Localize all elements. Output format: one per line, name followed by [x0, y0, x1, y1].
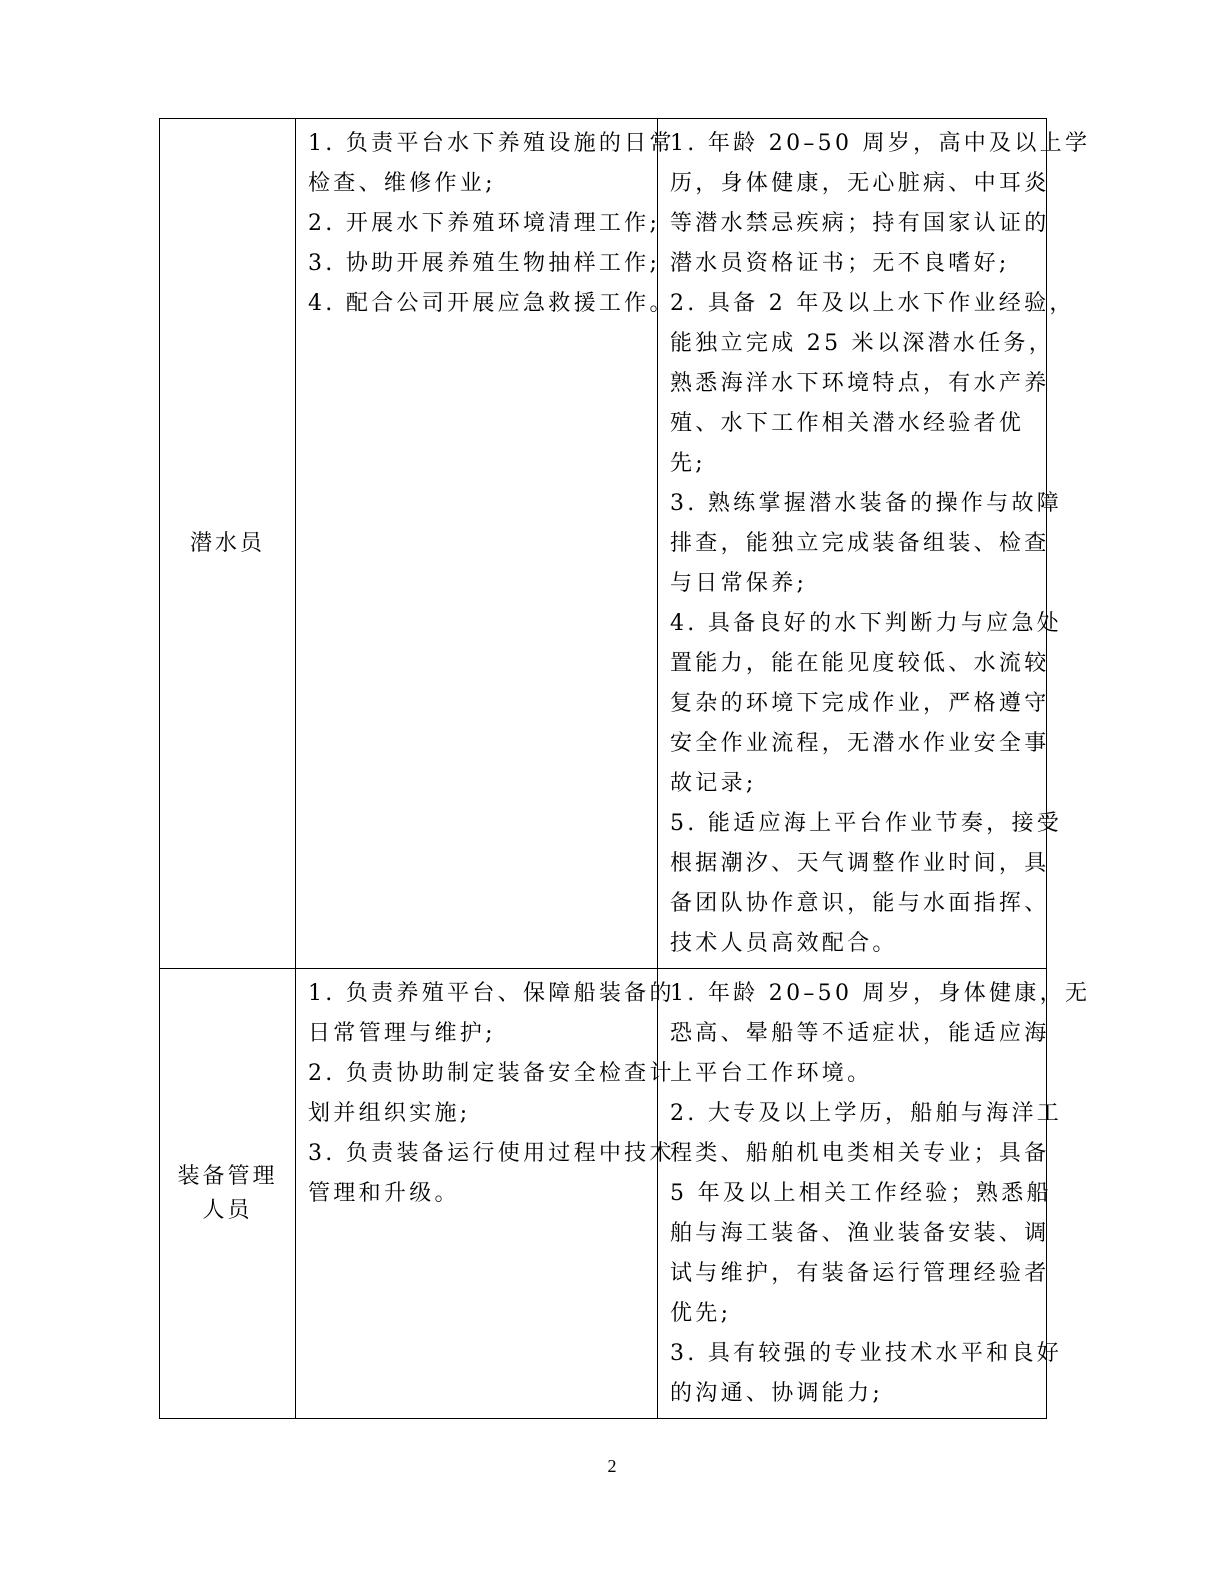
requirement-line: 3. 熟练掌握潜水装备的操作与故障	[670, 484, 1036, 524]
requirements-cell: 1. 年龄 20–50 周岁，高中及以上学 历，身体健康，无心脏病、中耳炎 等潜…	[658, 119, 1047, 969]
requirement-line: 恐高、晕船等不适症状，能适应海	[670, 1014, 1036, 1054]
duty-line: 3. 负责装备运行使用过程中技术	[308, 1134, 647, 1174]
duty-line: 1. 负责平台水下养殖设施的日常	[308, 124, 647, 164]
requirement-line: 复杂的环境下完成作业，严格遵守	[670, 684, 1036, 724]
requirement-line: 备团队协作意识，能与水面指挥、	[670, 884, 1036, 924]
requirement-line: 先;	[670, 444, 1036, 484]
requirement-line: 技术人员高效配合。	[670, 924, 1036, 964]
duty-line: 4. 配合公司开展应急救援工作。	[308, 284, 647, 324]
requirement-line: 殖、水下工作相关潜水经验者优	[670, 404, 1036, 444]
table-row-diver: 潜水员 1. 负责平台水下养殖设施的日常 检查、维修作业; 2. 开展水下养殖环…	[160, 119, 1047, 969]
requirement-line: 置能力，能在能见度较低、水流较	[670, 644, 1036, 684]
duty-line: 2. 负责协助制定装备安全检查计	[308, 1054, 647, 1094]
requirement-line: 潜水员资格证书；无不良嗜好;	[670, 244, 1036, 284]
role-cell: 装备管理 人员	[160, 969, 296, 1419]
duty-line: 检查、维修作业;	[308, 164, 647, 204]
duty-line: 1. 负责养殖平台、保障船装备的	[308, 974, 647, 1014]
requirement-line: 2. 大专及以上学历，船舶与海洋工	[670, 1094, 1036, 1134]
page-number: 2	[0, 1456, 1224, 1477]
requirement-line: 上平台工作环境。	[670, 1054, 1036, 1094]
requirement-line: 熟悉海洋水下环境特点，有水产养	[670, 364, 1036, 404]
duty-line: 日常管理与维护;	[308, 1014, 647, 1054]
duty-line: 2. 开展水下养殖环境清理工作;	[308, 204, 647, 244]
requirement-line: 排查，能独立完成装备组装、检查	[670, 524, 1036, 564]
requirement-line: 与日常保养;	[670, 564, 1036, 604]
requirement-line: 2. 具备 2 年及以上水下作业经验，	[670, 284, 1036, 324]
role-name: 潜水员	[160, 527, 295, 561]
duty-line: 3. 协助开展养殖生物抽样工作;	[308, 244, 647, 284]
role-cell: 潜水员	[160, 119, 296, 969]
duties-cell: 1. 负责平台水下养殖设施的日常 检查、维修作业; 2. 开展水下养殖环境清理工…	[296, 119, 658, 969]
requirement-line: 安全作业流程，无潜水作业安全事	[670, 724, 1036, 764]
requirement-line: 4. 具备良好的水下判断力与应急处	[670, 604, 1036, 644]
requirement-line: 1. 年龄 20–50 周岁，身体健康，无	[670, 974, 1036, 1014]
requirement-line: 程类、船舶机电类相关专业；具备	[670, 1134, 1036, 1174]
requirement-line: 5. 能适应海上平台作业节奏，接受	[670, 804, 1036, 844]
duty-line: 划并组织实施;	[308, 1094, 647, 1134]
duties-cell: 1. 负责养殖平台、保障船装备的 日常管理与维护; 2. 负责协助制定装备安全检…	[296, 969, 658, 1419]
requirement-line: 根据潮汐、天气调整作业时间，具	[670, 844, 1036, 884]
requirement-line: 试与维护，有装备运行管理经验者	[670, 1254, 1036, 1294]
requirement-line: 能独立完成 25 米以深潜水任务，	[670, 324, 1036, 364]
requirement-line: 历，身体健康，无心脏病、中耳炎	[670, 164, 1036, 204]
requirement-line: 优先;	[670, 1294, 1036, 1334]
job-requirements-table: 潜水员 1. 负责平台水下养殖设施的日常 检查、维修作业; 2. 开展水下养殖环…	[159, 118, 1047, 1419]
document-page: 潜水员 1. 负责平台水下养殖设施的日常 检查、维修作业; 2. 开展水下养殖环…	[0, 0, 1224, 1584]
requirement-line: 故记录;	[670, 764, 1036, 804]
requirement-line: 舶与海工装备、渔业装备安装、调	[670, 1214, 1036, 1254]
requirement-line: 等潜水禁忌疾病；持有国家认证的	[670, 204, 1036, 244]
requirement-line: 5 年及以上相关工作经验；熟悉船	[670, 1174, 1036, 1214]
role-name-line: 人员	[160, 1194, 295, 1228]
requirement-line: 1. 年龄 20–50 周岁，高中及以上学	[670, 124, 1036, 164]
role-name-line: 装备管理	[160, 1160, 295, 1194]
requirement-line: 3. 具有较强的专业技术水平和良好	[670, 1334, 1036, 1374]
requirements-cell: 1. 年龄 20–50 周岁，身体健康，无 恐高、晕船等不适症状，能适应海 上平…	[658, 969, 1047, 1419]
duty-line: 管理和升级。	[308, 1174, 647, 1214]
table-row-equipment-manager: 装备管理 人员 1. 负责养殖平台、保障船装备的 日常管理与维护; 2. 负责协…	[160, 969, 1047, 1419]
requirement-line: 的沟通、协调能力;	[670, 1374, 1036, 1414]
